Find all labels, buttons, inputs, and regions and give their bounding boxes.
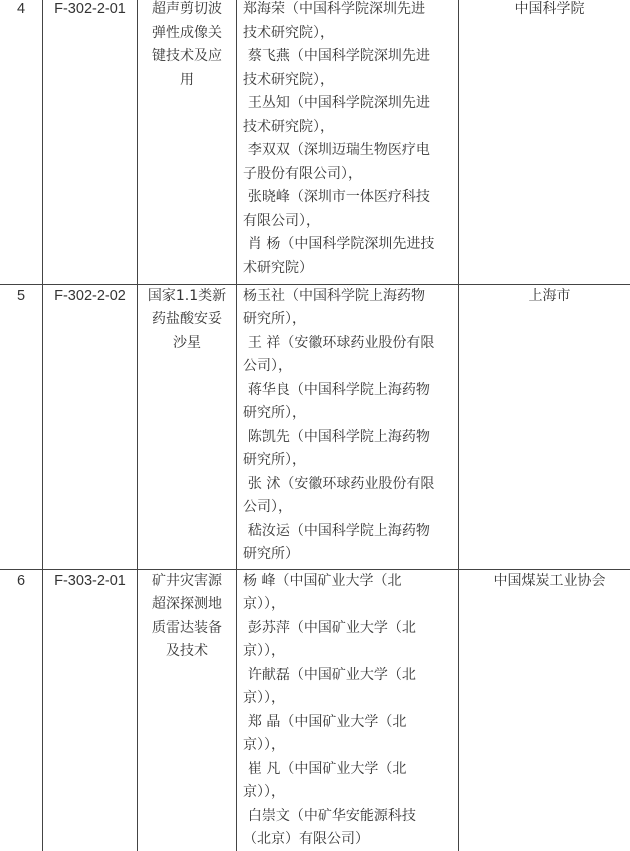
project-title-line: 药盐酸安妥: [144, 308, 230, 332]
contributor-line: 技术研究院），: [243, 69, 454, 93]
project-title-line: 键技术及应: [144, 45, 230, 69]
nominator: 中国科学院: [515, 1, 585, 17]
contributor-line: 京）），: [243, 593, 454, 617]
project-title-line: 及技术: [144, 640, 230, 664]
contributor-line: 京）），: [243, 734, 454, 758]
row-number: 6: [17, 573, 25, 589]
project-title-line: 质雷达装备: [144, 617, 230, 641]
contributor-line: 术研究院）: [243, 257, 454, 281]
contributors-cell: 杨玉社（中国科学院上海药物 研究所）， 王 祥（安徽环球药业股份有限 公司）， …: [237, 284, 459, 569]
contributor-line: 蒋华良（中国科学院上海药物: [243, 379, 454, 403]
contributor-line: 张晓峰（深圳市一体医疗科技: [243, 186, 454, 210]
row-number-cell: 4: [0, 0, 43, 284]
table-row: 6 F-303-2-01 矿井灾害源 超深探测地 质雷达装备 及技术 杨 峰（中…: [0, 569, 630, 851]
project-title-line: 超深探测地: [144, 593, 230, 617]
table-row: 5 F-302-2-02 国家1.1类新 药盐酸安妥 沙星 杨玉社（中国科学院上…: [0, 284, 630, 569]
contributor-line: 张 沭（安徽环球药业股份有限: [243, 473, 454, 497]
contributor-line: 杨玉社（中国科学院上海药物: [243, 285, 454, 309]
contributor-line: 肖 杨（中国科学院深圳先进技: [243, 233, 454, 257]
contributor-line: （北京）有限公司）: [243, 828, 454, 851]
contributor-line: 研究所），: [243, 449, 454, 473]
project-title-cell: 超声剪切波 弹性成像关 键技术及应 用: [138, 0, 237, 284]
award-table-container: 4 F-302-2-01 超声剪切波 弹性成像关 键技术及应 用 郑海荣（中国科…: [0, 0, 630, 851]
contributor-line: 白崇文（中矿华安能源科技: [243, 805, 454, 829]
project-code: F-302-2-01: [54, 1, 126, 17]
project-title-line: 矿井灾害源: [144, 570, 230, 594]
nominator-cell: 中国科学院: [459, 0, 630, 284]
nominator: 中国煤炭工业协会: [494, 573, 606, 589]
row-number: 5: [17, 288, 25, 304]
project-title-line: 弹性成像关: [144, 22, 230, 46]
contributor-line: 研究所），: [243, 308, 454, 332]
contributor-line: 技术研究院），: [243, 116, 454, 140]
contributor-line: 陈凯先（中国科学院上海药物: [243, 426, 454, 450]
contributor-line: 公司），: [243, 355, 454, 379]
contributor-line: 技术研究院），: [243, 22, 454, 46]
contributor-line: 蔡飞燕（中国科学院深圳先进: [243, 45, 454, 69]
contributor-line: 研究所）: [243, 543, 454, 567]
nominator: 上海市: [529, 288, 571, 304]
contributor-line: 李双双（深圳迈瑞生物医疗电: [243, 139, 454, 163]
contributor-line: 王 祥（安徽环球药业股份有限: [243, 332, 454, 356]
table-row: 4 F-302-2-01 超声剪切波 弹性成像关 键技术及应 用 郑海荣（中国科…: [0, 0, 630, 284]
row-number: 4: [17, 1, 25, 17]
project-title-cell: 国家1.1类新 药盐酸安妥 沙星: [138, 284, 237, 569]
contributor-line: 子股份有限公司），: [243, 163, 454, 187]
project-code-cell: F-302-2-02: [43, 284, 138, 569]
project-title-line: 沙星: [144, 332, 230, 356]
contributor-line: 郑海荣（中国科学院深圳先进: [243, 0, 454, 22]
contributor-line: 公司），: [243, 496, 454, 520]
contributor-line: 许献磊（中国矿业大学（北: [243, 664, 454, 688]
project-title-line: 国家1.1类新: [144, 285, 230, 309]
contributor-line: 崔 凡（中国矿业大学（北: [243, 758, 454, 782]
contributor-line: 京）），: [243, 640, 454, 664]
project-title-line: 用: [144, 69, 230, 93]
contributor-line: 郑 晶（中国矿业大学（北: [243, 711, 454, 735]
contributors-cell: 郑海荣（中国科学院深圳先进 技术研究院）， 蔡飞燕（中国科学院深圳先进 技术研究…: [237, 0, 459, 284]
project-title-cell: 矿井灾害源 超深探测地 质雷达装备 及技术: [138, 569, 237, 851]
project-code-cell: F-302-2-01: [43, 0, 138, 284]
contributor-line: 嵇汝运（中国科学院上海药物: [243, 520, 454, 544]
contributor-line: 研究所），: [243, 402, 454, 426]
award-table: 4 F-302-2-01 超声剪切波 弹性成像关 键技术及应 用 郑海荣（中国科…: [0, 0, 630, 851]
project-title-line: 超声剪切波: [144, 0, 230, 22]
contributor-line: 有限公司），: [243, 210, 454, 234]
contributors-cell: 杨 峰（中国矿业大学（北 京））， 彭苏萍（中国矿业大学（北 京））， 许献磊（…: [237, 569, 459, 851]
project-code: F-303-2-01: [54, 573, 126, 589]
project-code-cell: F-303-2-01: [43, 569, 138, 851]
nominator-cell: 上海市: [459, 284, 630, 569]
project-code: F-302-2-02: [54, 288, 126, 304]
contributor-line: 京）），: [243, 687, 454, 711]
contributor-line: 杨 峰（中国矿业大学（北: [243, 570, 454, 594]
row-number-cell: 6: [0, 569, 43, 851]
contributor-line: 京）），: [243, 781, 454, 805]
contributor-line: 彭苏萍（中国矿业大学（北: [243, 617, 454, 641]
row-number-cell: 5: [0, 284, 43, 569]
contributor-line: 王丛知（中国科学院深圳先进: [243, 92, 454, 116]
nominator-cell: 中国煤炭工业协会: [459, 569, 630, 851]
